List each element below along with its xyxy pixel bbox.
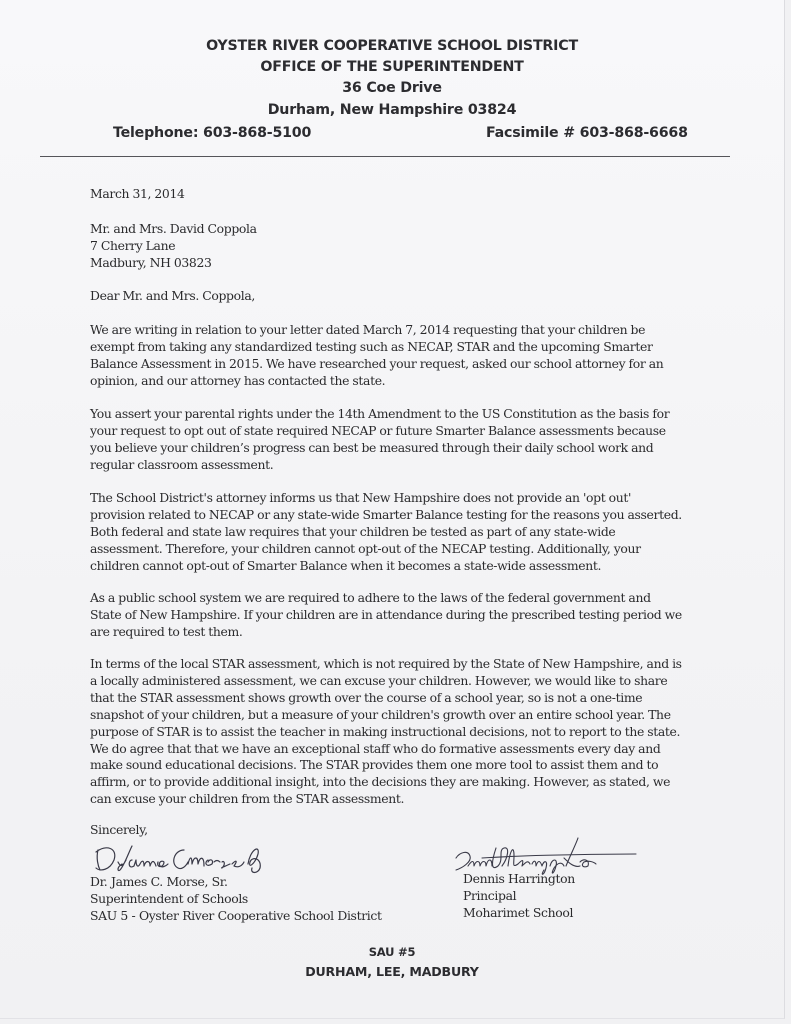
- paragraph-1: We are writing in relation to your lette…: [90, 322, 740, 390]
- footer-sau: SAU #5: [0, 942, 784, 962]
- paragraph-line: assessment. Therefore, your children can…: [90, 541, 740, 558]
- salutation-text: Dear Mr. and Mrs. Coppola,: [90, 288, 740, 305]
- telephone: Telephone: 603-868-5100: [113, 125, 311, 141]
- closing: Sincerely,: [90, 822, 740, 839]
- signatory-organization: Moharimet School: [463, 904, 575, 921]
- office-city: Durham, New Hampshire 03824: [0, 100, 784, 121]
- paragraph-line: State of New Hampshire. If your children…: [90, 607, 740, 624]
- recipient-name: Mr. and Mrs. David Coppola: [90, 221, 740, 238]
- signatory-name: Dennis Harrington: [463, 870, 575, 887]
- paragraph-line: that the STAR assessment shows growth ov…: [90, 690, 740, 707]
- letterhead-divider: [40, 156, 730, 157]
- office-street: 36 Coe Drive: [0, 78, 784, 99]
- signatory-name: Dr. James C. Morse, Sr.: [90, 873, 382, 890]
- paragraph-line: a locally administered assessment, we ca…: [90, 673, 740, 690]
- footer-towns: DURHAM, LEE, MADBURY: [0, 962, 784, 982]
- paragraph-line: children cannot opt-out of Smarter Balan…: [90, 558, 740, 575]
- paragraph-line: In terms of the local STAR assessment, w…: [90, 656, 740, 673]
- signatory-organization: SAU 5 - Oyster River Cooperative School …: [90, 907, 382, 924]
- paragraph-line: you believe your children’s progress can…: [90, 440, 740, 457]
- recipient-street: 7 Cherry Lane: [90, 238, 740, 255]
- letter-footer: SAU #5 DURHAM, LEE, MADBURY: [0, 942, 784, 982]
- letter-page: OYSTER RIVER COOPERATIVE SCHOOL DISTRICT…: [0, 0, 785, 1019]
- paragraph-line: can excuse your children from the STAR a…: [90, 791, 740, 808]
- paragraph-line: affirm, or to provide additional insight…: [90, 774, 740, 791]
- paragraph-4: As a public school system we are require…: [90, 590, 740, 641]
- salutation: Dear Mr. and Mrs. Coppola,: [90, 288, 740, 305]
- letterhead: OYSTER RIVER COOPERATIVE SCHOOL DISTRICT…: [0, 36, 784, 121]
- paragraph-3: The School District's attorney informs u…: [90, 490, 740, 575]
- paragraph-line: regular classroom assessment.: [90, 457, 740, 474]
- paragraph-line: are required to test them.: [90, 624, 740, 641]
- paragraph-line: We do agree that that we have an excepti…: [90, 741, 740, 758]
- paragraph-line: exempt from taking any standardized test…: [90, 339, 740, 356]
- recipient-city: Madbury, NH 03823: [90, 255, 740, 272]
- organization-name: OYSTER RIVER COOPERATIVE SCHOOL DISTRICT: [0, 36, 784, 57]
- paragraph-line: purpose of STAR is to assist the teacher…: [90, 724, 740, 741]
- paragraph-line: snapshot of your children, but a measure…: [90, 707, 740, 724]
- date-text: March 31, 2014: [90, 186, 740, 203]
- signatory-principal: Dennis Harrington Principal Moharimet Sc…: [463, 870, 575, 921]
- letter-date: March 31, 2014: [90, 186, 740, 203]
- paragraph-5: In terms of the local STAR assessment, w…: [90, 656, 740, 808]
- paragraph-line: Balance Assessment in 2015. We have rese…: [90, 356, 740, 373]
- paragraph-line: As a public school system we are require…: [90, 590, 740, 607]
- paragraph-line: provision related to NECAP or any state-…: [90, 507, 740, 524]
- office-name: OFFICE OF THE SUPERINTENDENT: [0, 57, 784, 78]
- superintendent-signature: [92, 840, 282, 876]
- signatory-superintendent: Dr. James C. Morse, Sr. Superintendent o…: [90, 873, 382, 924]
- contact-row: Telephone: 603-868-5100 Facsimile # 603-…: [0, 125, 784, 147]
- paragraph-line: You assert your parental rights under th…: [90, 406, 740, 423]
- recipient-address: Mr. and Mrs. David Coppola 7 Cherry Lane…: [90, 221, 740, 272]
- signatory-title: Principal: [463, 887, 575, 904]
- closing-text: Sincerely,: [90, 822, 740, 839]
- signatory-title: Superintendent of Schools: [90, 890, 382, 907]
- facsimile: Facsimile # 603-868-6668: [486, 125, 688, 141]
- paragraph-line: your request to opt out of state require…: [90, 423, 740, 440]
- paragraph-line: The School District's attorney informs u…: [90, 490, 740, 507]
- paragraph-2: You assert your parental rights under th…: [90, 406, 740, 474]
- paragraph-line: We are writing in relation to your lette…: [90, 322, 740, 339]
- paragraph-line: make sound educational decisions. The ST…: [90, 757, 740, 774]
- paragraph-line: Both federal and state law requires that…: [90, 524, 740, 541]
- paragraph-line: opinion, and our attorney has contacted …: [90, 373, 740, 390]
